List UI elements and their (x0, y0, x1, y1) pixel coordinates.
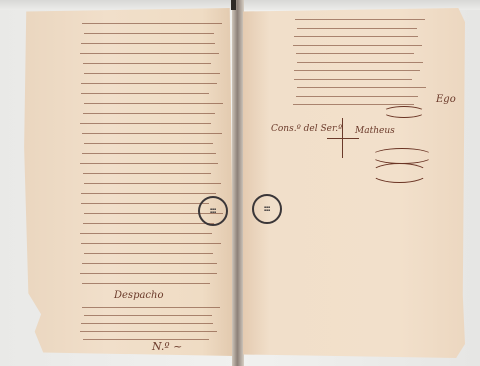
handwritten-line (84, 102, 223, 104)
handwritten-line (83, 112, 215, 114)
flourish-signature-2 (371, 148, 433, 164)
handwritten-line (293, 103, 414, 105)
margin-note: Ego (436, 94, 456, 105)
handwritten-line (82, 306, 220, 308)
spine-top-shadow (231, 0, 236, 10)
handwritten-line (84, 142, 213, 144)
flourish-signature-3 (371, 163, 428, 183)
handwritten-line (82, 22, 222, 24)
handwritten-line (294, 35, 417, 37)
handwritten-line (82, 262, 217, 264)
handwritten-line (296, 52, 414, 54)
left-page-text-block (80, 22, 220, 352)
right-page-text-block (293, 18, 423, 118)
handwritten-line (297, 27, 417, 29)
handwritten-line (81, 92, 209, 94)
handwritten-line (83, 222, 214, 224)
handwritten-line (294, 69, 420, 71)
handwritten-line (296, 95, 418, 97)
handwritten-line (84, 32, 214, 34)
handwritten-line (80, 330, 217, 332)
handwritten-line (297, 61, 424, 63)
handwritten-line (82, 282, 210, 284)
handwritten-line (83, 172, 211, 174)
left-page-lower-text (80, 306, 220, 346)
handwritten-line (297, 86, 426, 88)
handwritten-line (80, 162, 218, 164)
handwritten-line (294, 78, 412, 80)
left-page: Despacho N.º ~ ▪▪▪▪▪▪ (22, 8, 234, 356)
right-page: Ego Cons.º del Ser.º Matheus ▪▪▪▪▪▪ (243, 8, 465, 358)
handwritten-line (80, 52, 219, 54)
handwritten-line (82, 152, 216, 154)
left-page-signature: N.º ~ (152, 340, 182, 353)
flourish-signature-1 (383, 106, 425, 118)
handwritten-line (81, 42, 214, 44)
handwritten-line (81, 202, 210, 204)
archive-stamp-right: ▪▪▪▪▪▪ (252, 194, 282, 224)
left-page-heading: Despacho (114, 290, 164, 301)
handwritten-line (293, 44, 422, 46)
handwritten-line (84, 252, 213, 254)
handwritten-line (80, 272, 217, 274)
handwritten-line (295, 18, 425, 20)
handwritten-line (80, 122, 211, 124)
handwritten-line (80, 232, 212, 234)
handwritten-line (84, 72, 221, 74)
handwritten-line (83, 62, 211, 64)
handwritten-line (81, 322, 212, 324)
signature-middle: Matheus (355, 126, 395, 136)
archive-stamp-left: ▪▪▪▪▪▪ (198, 196, 228, 226)
book-spine (232, 0, 244, 366)
handwritten-line (82, 132, 222, 134)
handwritten-line (81, 192, 216, 194)
handwritten-line (83, 338, 209, 340)
handwritten-line (84, 314, 212, 316)
handwritten-line (81, 242, 221, 244)
handwritten-line (81, 82, 217, 84)
handwritten-line (84, 182, 222, 184)
cross-mark-horizontal (327, 138, 359, 139)
signature-left: Cons.º del Ser.º (271, 124, 342, 134)
